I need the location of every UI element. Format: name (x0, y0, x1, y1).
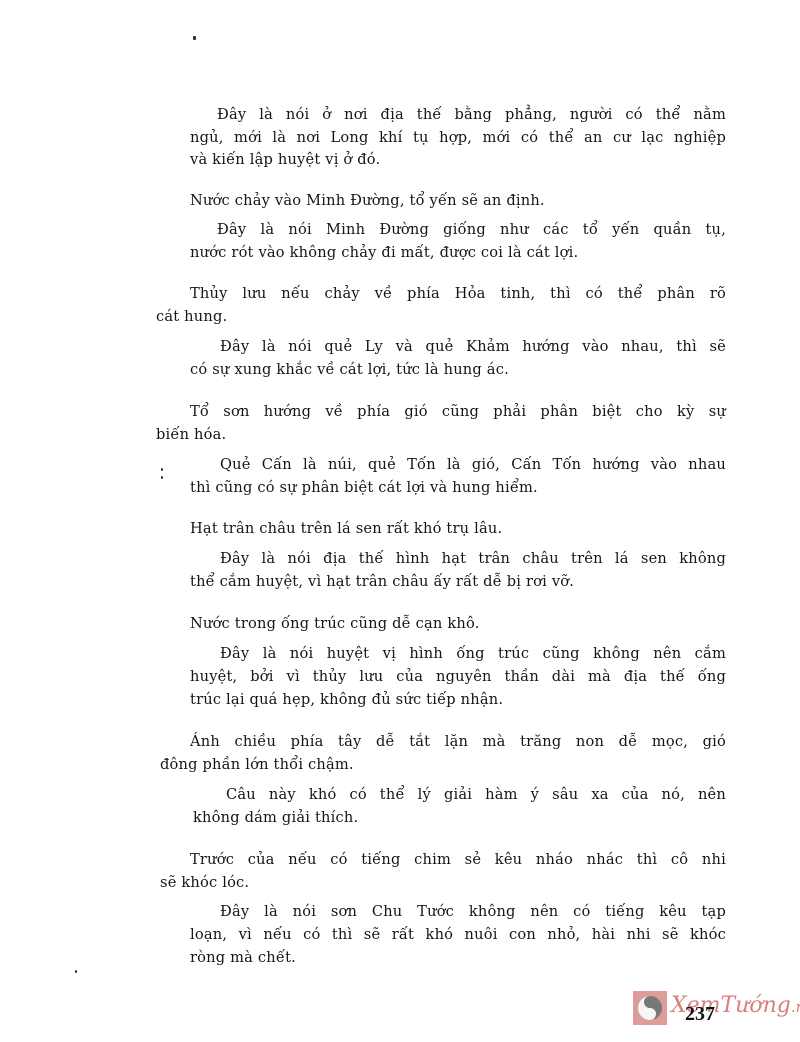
verse-line: Trước của nếu có tiếng chim sẻ kêu nháo … (190, 851, 726, 871)
watermark-logo (633, 991, 667, 1025)
yin-yang-icon (638, 996, 662, 1020)
text-line: Đây là nói ở nơi địa thế bằng phẳng, ngư… (217, 106, 726, 126)
text-line: Đây là nói quẻ Ly và quẻ Khảm hướng vào … (220, 338, 726, 358)
text-line: không dám giải thích. (193, 809, 358, 826)
text-line: ròng mà chết. (190, 949, 296, 966)
text-line: Đây là nói địa thế hình hạt trân châu tr… (220, 550, 726, 570)
verse-line: Tổ sơn hướng về phía gió cũng phải phân … (190, 403, 726, 423)
scan-speck (193, 36, 196, 40)
scan-speck (161, 468, 163, 471)
text-line: Đây là nói Minh Đường giống như các tổ y… (217, 221, 726, 241)
text-line: Quẻ Cấn là núi, quẻ Tốn là gió, Cấn Tốn … (220, 456, 726, 476)
verse-line: biến hóa. (156, 426, 226, 443)
text-line: Đây là nói sơn Chu Tước không nên có tiế… (220, 903, 726, 923)
page-number: 237 (685, 1003, 715, 1026)
verse-line: Ánh chiều phía tây dễ tắt lặn mà trăng n… (190, 733, 726, 753)
verse-line: đông phần lớn thổi chậm. (160, 756, 354, 773)
text-line: trúc lại quá hẹp, không đủ sức tiếp nhận… (190, 691, 503, 708)
text-line: huyệt, bởi vì thủy lưu của nguyên thần d… (190, 668, 726, 688)
verse-line: Nước chảy vào Minh Đường, tổ yến sẽ an đ… (190, 192, 545, 209)
scan-speck (161, 476, 163, 479)
verse-line: Hạt trân châu trên lá sen rất khó trụ lâ… (190, 520, 502, 537)
verse-line: sẽ khóc lóc. (160, 874, 249, 891)
watermark-domain-suffix: .net (791, 998, 800, 1016)
verse-line: Thủy lưu nếu chảy về phía Hỏa tinh, thì … (190, 285, 726, 305)
text-line: Câu này khó có thể lý giải hàm ý sâu xa … (226, 786, 726, 806)
verse-line: Nước trong ống trúc cũng dễ cạn khô. (190, 615, 480, 632)
text-line: nước rót vào không chảy đi mất, được coi… (190, 244, 578, 261)
scanned-book-page: Đây là nói ở nơi địa thế bằng phẳng, ngư… (0, 0, 800, 1042)
site-watermark: XemTướng.net (633, 990, 798, 1030)
verse-line: cát hung. (156, 308, 227, 325)
text-line: thì cũng có sự phân biệt cát lợi và hung… (190, 479, 538, 496)
text-line: ngủ, mới là nơi Long khí tụ hợp, mới có … (190, 129, 726, 149)
text-line: có sự xung khắc về cát lợi, tức là hung … (190, 361, 509, 378)
text-line: loạn, vì nếu có thì sẽ rất khó nuôi con … (190, 926, 726, 946)
scan-speck (75, 970, 77, 973)
text-line: Đây là nói huyệt vị hình ống trúc cũng k… (220, 645, 726, 665)
text-line: thể cắm huyệt, vì hạt trân châu ấy rất d… (190, 573, 574, 590)
text-line: và kiến lập huyệt vị ở đó. (190, 151, 380, 168)
